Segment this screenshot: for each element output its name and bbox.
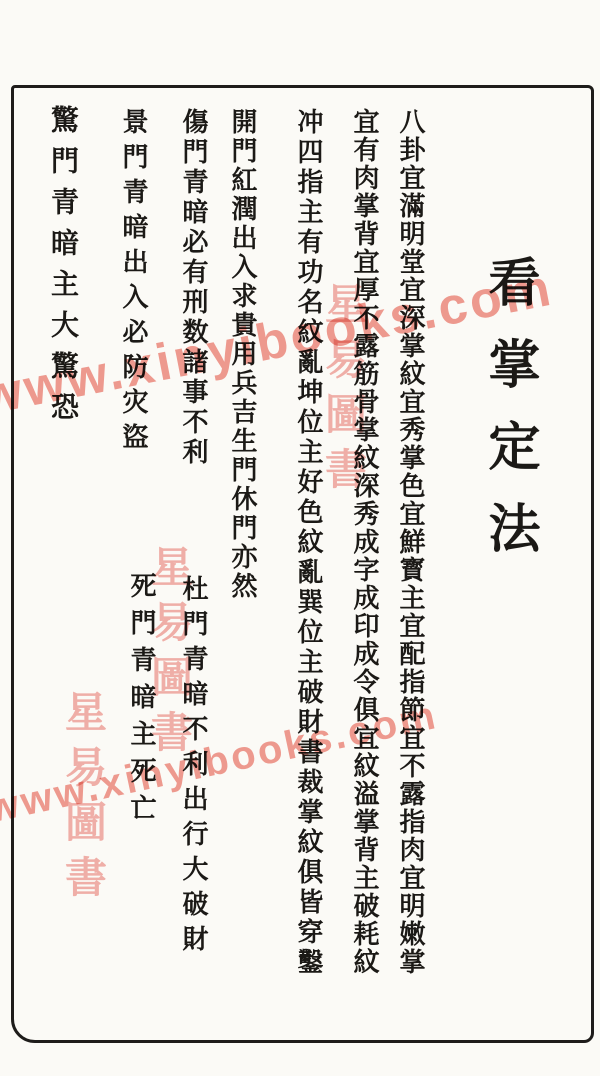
text-column-shang-men: 傷門青暗必有刑数諸事不利 bbox=[180, 108, 206, 468]
text-column-lines-rule: 冲四指主有功名紋亂坤位主好色紋亂巽位主破財書裁掌紋俱皆穿鑿 bbox=[295, 108, 321, 978]
text-column-jing-men-view: 景門青暗出入必防灾盜 bbox=[120, 108, 146, 458]
text-column-bagua-rule: 八卦宜滿明堂宜深掌紋宜秀掌色宜鮮寳主宜配指節宜不露指肉宜明嫩掌 bbox=[397, 108, 423, 976]
text-column-jing-men-fright: 驚門青暗主大驚恐 bbox=[48, 105, 76, 433]
text-column-palm-flesh-rule: 宜有肉掌背宜厚不露筋骨掌紋深秀成字成印成令俱宜紋溢掌背主破耗紋 bbox=[351, 108, 377, 976]
text-column-kai-men: 開門紅潤出入求貴用兵吉生門休門亦然 bbox=[229, 108, 255, 601]
text-column-si-men: 死門青暗主死亡 bbox=[128, 572, 154, 831]
text-column-du-men: 杜門青暗不利出行大破財 bbox=[180, 575, 206, 960]
scanned-book-page: 看掌定法 八卦宜滿明堂宜深掌紋宜秀掌色宜鮮寳主宜配指節宜不露指肉宜明嫩掌 宜有肉… bbox=[0, 0, 600, 1076]
page-title: 看掌定法 bbox=[482, 255, 534, 583]
